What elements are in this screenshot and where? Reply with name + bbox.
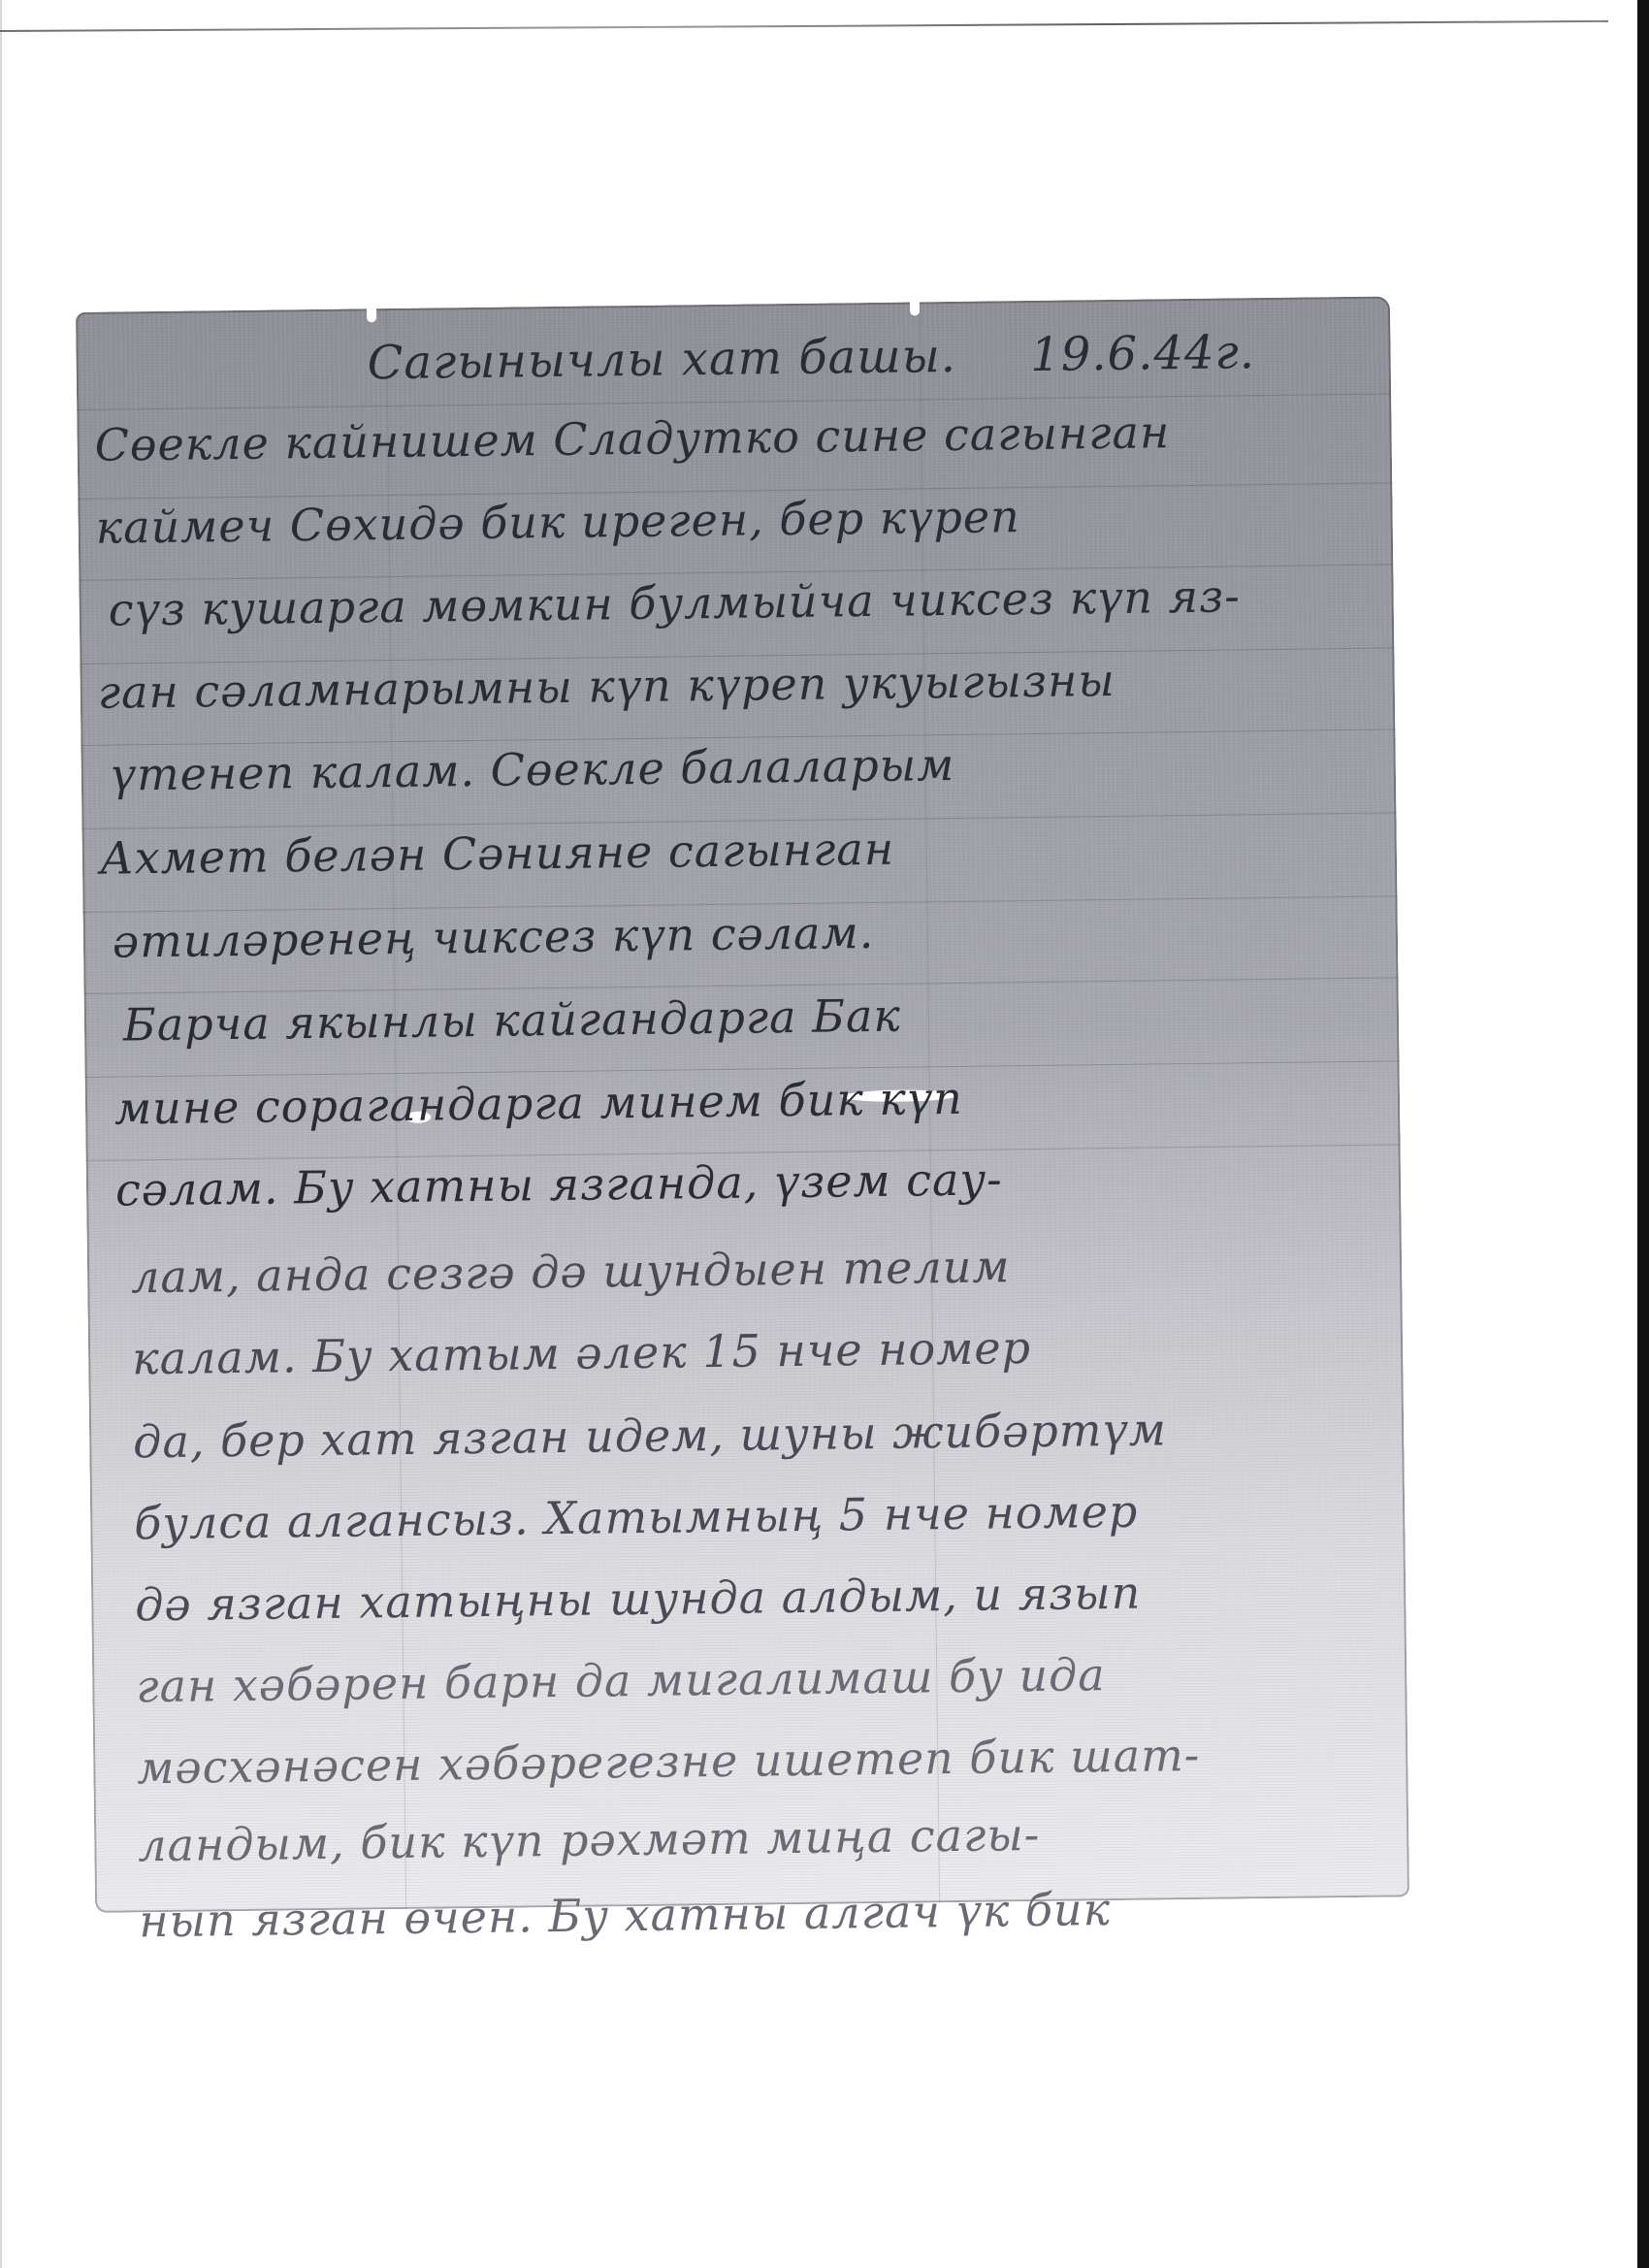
letter-line: каймеч Сөхидә бик иреген, бер күреп	[95, 490, 1020, 554]
letter-line: Ахмет белән Сәнияне сагынган	[100, 823, 895, 885]
paper-notch	[910, 298, 920, 315]
letter-line: нып язган өчен. Бу хатны алгач үк бик	[139, 1883, 1111, 1947]
letter-line: да, бер хат язган идем, шуны жибәртүм	[133, 1403, 1167, 1468]
scan-right-edge-bar	[1637, 0, 1649, 2268]
letter-line: лам, анда сезгә дә шундыен телим	[131, 1240, 1011, 1303]
paper-notch	[367, 305, 376, 322]
letter-line: дә язган хатыңны шунда алдым, и язып	[135, 1567, 1142, 1632]
letter-paper: Сагынычлы хат башы. 19.6.44г. Сөекле кай…	[76, 296, 1409, 1912]
letter-date: 19.6.44г.	[1030, 325, 1255, 382]
letter-line: ган хәбәрен барн да мигалимаш бу ида	[136, 1648, 1106, 1712]
scan-top-line	[0, 20, 1608, 32]
letter-line: ган сәламнарымны күп күреп укуыгызны	[97, 654, 1115, 719]
rule-line	[77, 393, 1391, 410]
letter-line: сәлам. Бу хатны язганда, үзем сау-	[115, 1152, 1003, 1215]
letter-title: Сагынычлы хат башы. 19.6.44г.	[367, 325, 1255, 390]
letter-line: үтенеп калам. Сөекле балаларым	[110, 738, 954, 801]
letter-line: Сөекле кайнишем Сладутко сине сагынган	[94, 405, 1170, 471]
letter-line: мине сорагандарга минем бик күп	[114, 1072, 963, 1135]
letter-line: калам. Бу хатым әлек 15 нче номер	[132, 1321, 1031, 1384]
letter-title-text: Сагынычлы хат башы.	[367, 329, 956, 390]
letter-line: әтиләренең чиксез күп сәлам.	[113, 906, 875, 968]
letter-line: мәсхәнәсен хәбәрегезне ишетеп бик шат-	[137, 1729, 1201, 1794]
letter-line: Барча якынлы кайгандарга Бак	[123, 989, 902, 1052]
letter-line: булса алгансыз. Хатымның 5 нче номер	[134, 1485, 1139, 1550]
scan-left-edge	[0, 0, 2, 2268]
letter-line: ландым, бик күп рәхмәт миңа сагы-	[138, 1808, 1041, 1871]
letter-line: сүз кушарга мөмкин булмыйча чиксез күп я…	[108, 569, 1241, 635]
